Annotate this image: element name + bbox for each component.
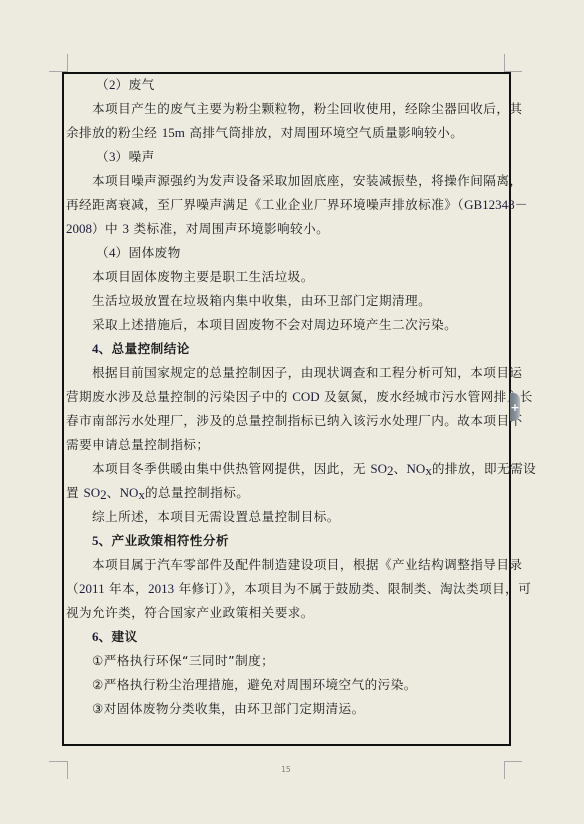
- text-run: 根据目前国家规定的总量控制因子，由现状调查和工程分析可知，本项目运: [92, 365, 522, 380]
- paragraph-line: 本项目冬季供暖由集中供热管网提供，因此，无 SO2、NOx的排放，即无需设: [66, 457, 506, 481]
- crop-mark-top-right-v: [504, 54, 505, 72]
- numeric-text: SO: [84, 485, 101, 500]
- text-run: 本项目冬季供暖由集中供热管网提供，因此，无: [92, 461, 370, 476]
- paragraph-line: 根据目前国家规定的总量控制因子，由现状调查和工程分析可知，本项目运: [66, 361, 506, 385]
- subsection-heading: （3）噪声: [66, 145, 506, 169]
- text-run: 本项目噪声源强约为发声设备采取加固底座，安装减振垫，将操作间隔离，: [92, 173, 522, 188]
- crop-mark-bottom-right-v: [504, 761, 505, 779]
- text-run: 、产业政策相符性分析: [99, 533, 229, 548]
- text-run: （: [96, 77, 109, 92]
- text-run: 余排放的粉尘经: [66, 125, 162, 140]
- numeric-text: 2008: [66, 221, 92, 236]
- numeric-text: 2013: [148, 581, 174, 596]
- expand-side-panel-button[interactable]: +: [510, 393, 520, 421]
- section-heading: 6、建议: [66, 625, 506, 649]
- subsection-heading: （2）废气: [66, 73, 506, 97]
- text-run: ①严格执行环保“三同时”制度；: [92, 653, 274, 668]
- text-run: 本项目产生的废气主要为粉尘颗粒物，粉尘回收使用，经除尘器回收后，其: [92, 101, 522, 116]
- paragraph-line: ②严格执行粉尘治理措施，避免对周围环境空气的污染。: [66, 673, 506, 697]
- text-run: （: [66, 581, 79, 596]
- text-run: 的总量控制指标。: [145, 485, 249, 500]
- text-run: ）中: [92, 221, 123, 236]
- text-run: 类标准，对周围声环境影响较小。: [129, 221, 329, 236]
- plus-icon: +: [510, 401, 519, 414]
- text-run: 本项目属于汽车零部件及配件制造建设项目，根据《产业结构调整指导目录: [92, 557, 522, 572]
- text-run: 年修订）》，本项目为不属于鼓励类、限制类、淘汰类项目，可: [174, 581, 531, 596]
- text-run: 的排放，即无需设: [432, 461, 536, 476]
- text-run: （: [96, 245, 109, 260]
- numeric-text: 2011: [79, 581, 105, 596]
- crop-mark-bottom-right-h: [504, 761, 522, 762]
- paragraph-line: ③对固体废物分类收集，由环卫部门定期清运。: [66, 697, 506, 721]
- text-run: 需要申请总量控制指标；: [66, 437, 209, 452]
- paragraph-line: 春市南部污水处理厂，涉及的总量控制指标已纳入该污水处理厂内。故本项目不: [66, 409, 506, 433]
- subsection-heading: （4）固体废物: [66, 241, 506, 265]
- paragraph-line: 营期废水涉及总量控制的污染因子中的 COD 及氨氮，废水经城市污水管网排入长: [66, 385, 506, 409]
- page-number: 15: [281, 765, 291, 774]
- text-run: 综上所述，本项目无需设置总量控制目标。: [92, 509, 340, 524]
- paragraph-line: 本项目属于汽车零部件及配件制造建设项目，根据《产业结构调整指导目录: [66, 553, 506, 577]
- text-run: ②严格执行粉尘治理措施，避免对周围环境空气的污染。: [92, 677, 417, 692]
- text-run: 年本，: [105, 581, 149, 596]
- paragraph-line: 再经距离衰减，至厂界噪声满足《工业企业厂界环境噪声排放标准》（GB12348－: [66, 193, 506, 217]
- section-heading: 5、产业政策相符性分析: [66, 529, 506, 553]
- text-run: ）固体废物: [116, 245, 181, 260]
- numeric-text: COD: [292, 389, 319, 404]
- paragraph-line: 本项目固体废物主要是职工生活垃圾。: [66, 265, 506, 289]
- text-run: 视为允许类，符合国家产业政策相关要求。: [66, 605, 314, 620]
- paragraph-line: 视为允许类，符合国家产业政策相关要求。: [66, 601, 506, 625]
- numeric-text: SO: [370, 461, 387, 476]
- text-run: 采取上述措施后，本项目固废物不会对周边环境产生二次污染。: [92, 317, 457, 332]
- numeric-text: GB12348－: [464, 197, 528, 212]
- crop-mark-bottom-left-v: [67, 761, 68, 779]
- text-run: 及氨氮，废水经城市污水管网排入长: [320, 389, 533, 404]
- paragraph-line: 置 SO2、NOx的总量控制指标。: [66, 481, 506, 505]
- crop-mark-bottom-left-h: [49, 761, 67, 762]
- numeric-text: NO: [407, 461, 426, 476]
- paragraph-line: 生活垃圾放置在垃圾箱内集中收集，由环卫部门定期清理。: [66, 289, 506, 313]
- paragraph-line: 采取上述措施后，本项目固废物不会对周边环境产生二次污染。: [66, 313, 506, 337]
- paragraph-line: （2011 年本，2013 年修订）》，本项目为不属于鼓励类、限制类、淘汰类项目…: [66, 577, 506, 601]
- text-run: 、: [394, 461, 407, 476]
- text-run: 再经距离衰减，至厂界噪声满足《工业企业厂界环境噪声排放标准》（: [66, 197, 464, 212]
- text-run: 置: [66, 485, 84, 500]
- document-body[interactable]: （2）废气本项目产生的废气主要为粉尘颗粒物，粉尘回收使用，经除尘器回收后，其余排…: [66, 73, 506, 721]
- section-heading: 4、总量控制结论: [66, 337, 506, 361]
- numeric-text: 15m: [162, 125, 185, 140]
- text-run: 营期废水涉及总量控制的污染因子中的: [66, 389, 292, 404]
- paragraph-line: 本项目产生的废气主要为粉尘颗粒物，粉尘回收使用，经除尘器回收后，其: [66, 97, 506, 121]
- paragraph-line: 本项目噪声源强约为发声设备采取加固底座，安装减振垫，将操作间隔离，: [66, 169, 506, 193]
- text-run: 春市南部污水处理厂，涉及的总量控制指标已纳入该污水处理厂内。故本项目不: [66, 413, 523, 428]
- numeric-text: NO: [120, 485, 139, 500]
- text-run: 、总量控制结论: [99, 341, 190, 356]
- text-run: 高排气筒排放，对周围环境空气质量影响较小。: [185, 125, 463, 140]
- text-run: ③对固体废物分类收集，由环卫部门定期清运。: [92, 701, 365, 716]
- paragraph-line: 综上所述，本项目无需设置总量控制目标。: [66, 505, 506, 529]
- text-run: 生活垃圾放置在垃圾箱内集中收集，由环卫部门定期清理。: [92, 293, 431, 308]
- text-run: （: [96, 149, 109, 164]
- document-page: （2）废气本项目产生的废气主要为粉尘颗粒物，粉尘回收使用，经除尘器回收后，其余排…: [0, 0, 584, 824]
- paragraph-line: 2008）中 3 类标准，对周围声环境影响较小。: [66, 217, 506, 241]
- text-run: ）废气: [116, 77, 155, 92]
- crop-mark-top-left-v: [67, 54, 68, 72]
- paragraph-line: ①严格执行环保“三同时”制度；: [66, 649, 506, 673]
- text-run: 、建议: [99, 629, 138, 644]
- paragraph-line: 余排放的粉尘经 15m 高排气筒排放，对周围环境空气质量影响较小。: [66, 121, 506, 145]
- paragraph-line: 需要申请总量控制指标；: [66, 433, 506, 457]
- text-run: ）噪声: [116, 149, 155, 164]
- text-run: 本项目固体废物主要是职工生活垃圾。: [92, 269, 314, 284]
- text-run: 、: [107, 485, 120, 500]
